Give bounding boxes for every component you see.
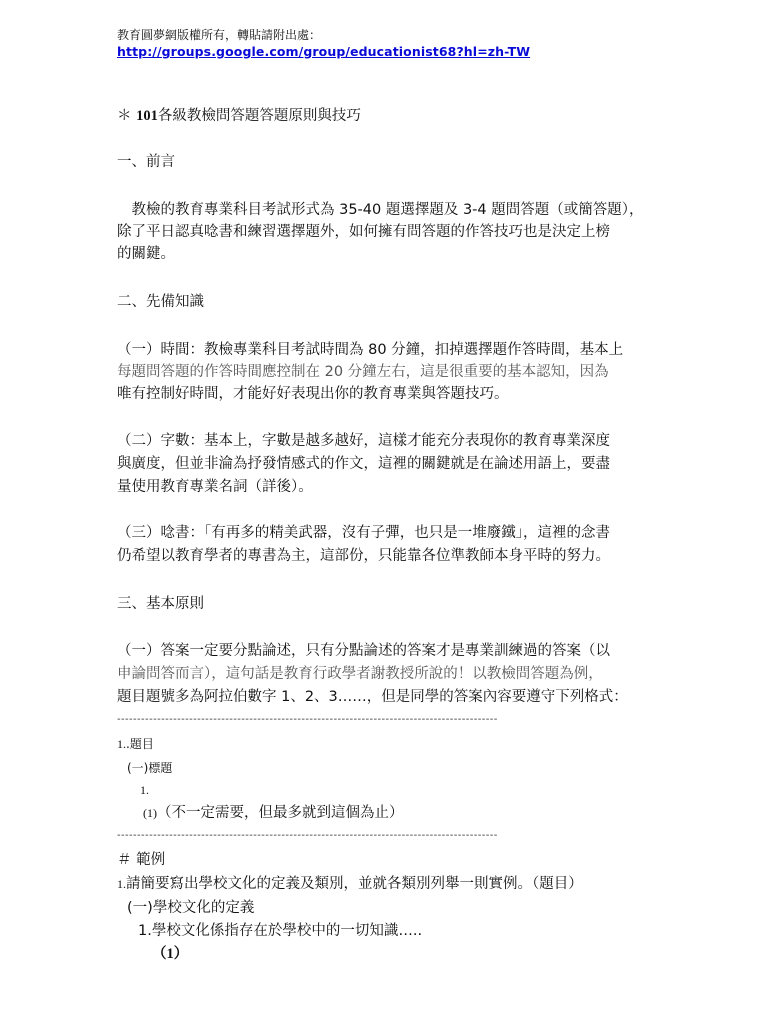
paragraph-line: （二）字數：基本上，字數是越多越好，這樣才能充分表現你的教育專業深度 (117, 431, 610, 451)
source-link-text[interactable]: http://groups.google.com/group/education… (117, 44, 530, 59)
divider-top: ----------------------------------------… (117, 710, 547, 730)
format-level4-number: (1) (143, 806, 157, 820)
title-bullet: ＊ (117, 108, 132, 124)
paragraph-line: （一）時間：教檢專業科目考試時間為 80 分鐘，扣掉選擇題作答時間，基本上 (117, 340, 623, 360)
example-sub1: (一)學校文化的定義 (127, 898, 254, 918)
paragraph-line: 量使用教育專業名詞（詳後）。 (117, 477, 313, 497)
title-year: 101 (136, 108, 158, 124)
example-heading: ＃ 範例 (117, 850, 165, 870)
example-question-text: 請簡要寫出學校文化的定義及類別，並就各類別列舉一則實例。（題目） (126, 876, 583, 892)
section-heading-prerequisite: 二、先備知識 (117, 292, 204, 312)
example-sub1-1-1: （1） (152, 944, 188, 964)
document-title: ＊ 101各級教檢問答題答題原則與技巧 (117, 106, 361, 126)
format-level3: 1. (140, 780, 149, 800)
paragraph-line: 的關鍵。 (117, 244, 175, 264)
paragraph-line: 與廣度，但並非淪為抒發情感式的作文，這裡的關鍵就是在論述用語上，要盡 (117, 454, 610, 474)
document-page: 教育圓夢網版權所有，轉貼請附出處： http://groups.google.c… (0, 0, 768, 1024)
format-level1: 1..題目 (117, 734, 154, 754)
format-level4-note: （不一定需要，但最多就到這個為止） (157, 805, 404, 821)
format-level4: (1)（不一定需要，但最多就到這個為止） (143, 803, 404, 823)
paragraph-line: 每題問答題的作答時間應控制在 20 分鐘左右，這是很重要的基本認知，因為 (117, 362, 609, 382)
format-level1-label: .題目 (126, 737, 154, 751)
example-sub1-1: 1.學校文化係指存在於學校中的一切知識….. (138, 921, 422, 941)
paragraph-line: 教檢的教育專業科目考試形式為 35-40 題選擇題及 3-4 題問答題（或簡答題… (117, 200, 644, 220)
example-sub1-text: (一)學校文化的定義 (127, 900, 254, 916)
divider-bottom: ----------------------------------------… (117, 826, 547, 846)
paragraph-line: （三）唸書：「有再多的精美武器，沒有子彈，也只是一堆廢鐵」，這裡的念書 (117, 523, 610, 543)
paragraph-line: 唯有控制好時間，才能好好表現出你的教育專業與答題技巧。 (117, 384, 509, 404)
title-text: 各級教檢問答題答題原則與技巧 (158, 108, 361, 124)
example-question-number: 1. (117, 877, 126, 891)
example-question: 1.請簡要寫出學校文化的定義及類別，並就各類別列舉一則實例。（題目） (117, 874, 583, 894)
section-heading-intro: 一、前言 (117, 152, 175, 172)
paragraph-line: 除了平日認真唸書和練習選擇題外，如何擁有問答題的作答技巧也是決定上榜 (117, 222, 610, 242)
paragraph-line: 題目題號多為阿拉伯數字 1、2、3……，但是同學的答案內容要遵守下列格式： (117, 687, 628, 707)
paragraph-line: 申論問答而言），這句話是教育行政學者謝教授所說的！以教檢問答題為例， (117, 664, 603, 684)
paragraph-line: 仍希望以教育學者的專書為主，這部份，只能靠各位準教師本身平時的努力。 (117, 546, 610, 566)
section-heading-principles: 三、基本原則 (117, 594, 204, 614)
format-level1-number: 1. (117, 737, 126, 751)
paragraph-line: （一）答案一定要分點論述，只有分點論述的答案才是專業訓練過的答案（以 (117, 641, 610, 661)
format-level2: (一)標題 (127, 758, 172, 778)
source-link[interactable]: http://groups.google.com/group/education… (117, 42, 530, 62)
